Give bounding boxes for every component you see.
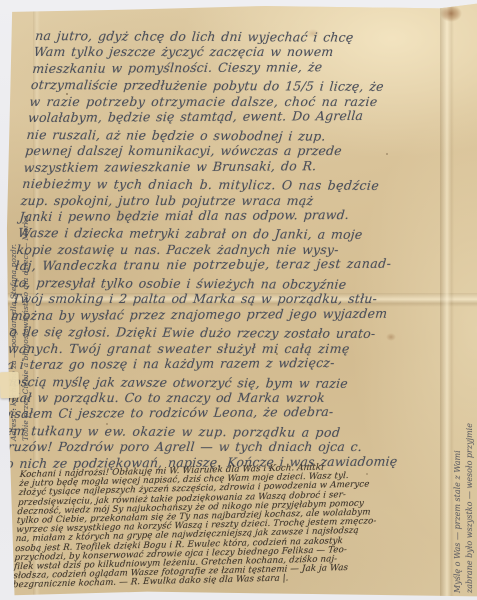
handwritten-line: wolałabym, będzie się stamtąd, ewent. Do…: [27, 108, 445, 127]
letter-scan: na jutro, gdyż chcę do lich dni wyjechać…: [0, 0, 477, 600]
margin-note-line: zabrane było wszystko — wesoło przyjmie: [464, 37, 476, 593]
handwritten-line: o ile się zgłosi. Dzięki Ewie dużo rzecz…: [9, 324, 426, 343]
handwritten-line: mieszkaniu w pomyślności. Cieszy mnie, ż…: [32, 58, 450, 77]
handwritten-line: nością myślę jak zawsze otworzyć się, by…: [4, 374, 421, 393]
handwritten-line: Wasze i dziecka metryki zabrał on do Jan…: [17, 225, 434, 244]
handwritten-line: na jutro, gdyż chcę do lich dni wyjechać…: [35, 28, 452, 47]
letter-body-text: na jutro, gdyż chcę do lich dni wyjechać…: [0, 28, 452, 472]
handwritten-line: to, przesyłał tylko osobie i świeżych na…: [13, 275, 430, 294]
handwritten-line: niebieżmy w tych dniach b. mitylicz. O n…: [22, 176, 439, 195]
letter-paper: na jutro, gdyż chcę do lich dni wyjechać…: [6, 3, 477, 597]
handwritten-line: można by wysłać przez znajomego przed je…: [10, 305, 428, 324]
letter-postscript-text: Kochani i najdrożsi! Obłakuję mi W. Wiar…: [12, 460, 475, 591]
handwritten-line: otrzymaliście przedłużenie pobytu do 15/…: [30, 77, 447, 96]
margin-note-line: Tobie przez Ciebie a błogosławieństwo dl…: [20, 11, 32, 441]
handwritten-line: pisałem Ci jeszcze to rodziców Leona, że…: [2, 404, 420, 423]
handwritten-line: a i teraz go noszę i na każdym razem z w…: [6, 355, 424, 374]
handwritten-line: Janki i pewno będzie miał dla nas odpow.…: [19, 206, 437, 225]
right-margin-note: Myślę o Was — przem stale z Wamizabrane …: [452, 37, 476, 593]
handwritten-line: łaj, Wandeczka tranu nie potrzebuje, ter…: [14, 256, 432, 275]
margin-note-line: Myślę o Was — przem stale z Wami: [452, 37, 464, 593]
handwritten-line: nie ruszali, aż nie będzie o swobodnej i…: [26, 127, 443, 146]
tape-fragment: [0, 372, 19, 399]
handwritten-line: wszystkiem zawieszkanie w Brunsaki, do R…: [23, 157, 441, 176]
handwritten-line: łem tułkany w ew. okazie w zup. porządku…: [0, 423, 417, 442]
